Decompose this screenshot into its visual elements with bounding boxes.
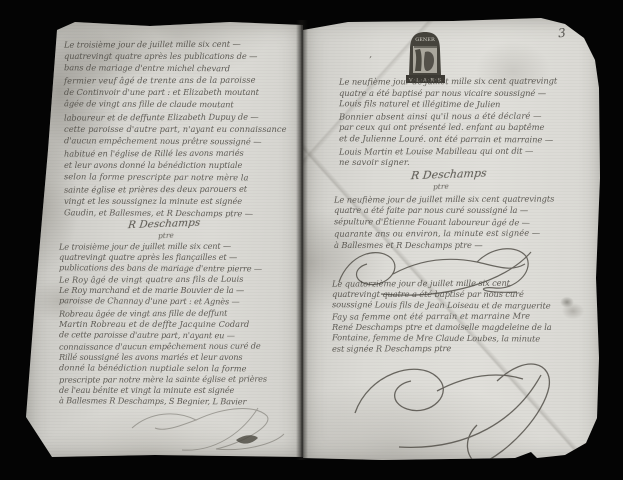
register-entry: Le troisième jour de juillet mille six c… (64, 38, 302, 219)
handwritten-line: Louis Martin et Louise Mabilleau qui ont… (339, 145, 591, 158)
handwritten-line: par ceux qui ont présenté led. enfant au… (339, 122, 591, 134)
ink-mark: ’ (369, 56, 372, 66)
page-fold-shadow (296, 20, 308, 460)
register-entry: Le quatorzième jour de juillet mille six… (332, 278, 588, 354)
register-entry: Le neufième jour de juillet mille six ce… (339, 76, 591, 169)
handwritten-line: Martin Robreau et de deffte Jacquine Cod… (59, 319, 303, 330)
handwritten-line: Rillé soussigné les avons mariés et leur… (59, 352, 303, 363)
handwritten-line: d'aucun empêchement nous prêtre soussign… (64, 134, 302, 148)
signature: R Deschamps (127, 217, 200, 232)
left-page: Le troisième jour de juillet mille six c… (26, 22, 303, 458)
handwritten-line: et leur avons donné la bénédiction nupti… (64, 159, 302, 171)
stamp-arc-text: GENER (415, 37, 435, 43)
handwritten-line: habitué en l'église de Rillé les avons m… (64, 146, 302, 159)
handwritten-line: René Deschamps ptre et damoiselle magdel… (332, 322, 588, 333)
manuscript-scan: { "page_number": "3", "stamp": { "arc_te… (0, 0, 623, 480)
handwritten-line: cette paroisse d'autre part, n'ayant eu … (64, 123, 302, 135)
handwritten-line: prescripte par notre mère la sainte égli… (59, 373, 303, 385)
right-page: GENER V·L·A·R·S Le neufième jour de juil… (303, 18, 603, 462)
handwritten-line: paroisse de Channay d'une part : et Agnè… (59, 296, 303, 309)
handwritten-line: quatre a été faite par nous curé soussig… (334, 205, 588, 216)
handwritten-line: âgée de vingt ans fille de claude moutan… (64, 98, 302, 112)
handwritten-line: et de Julienne Louré. ont été parrain et… (339, 133, 591, 146)
handwritten-line: Robreau âgée de vingt ans fille de deffu… (59, 307, 303, 319)
signature-title: ptre (158, 231, 174, 241)
signature-title: ptre (433, 182, 449, 192)
handwritten-line: Bonnier absent ainsi qu'il nous a été dé… (339, 110, 591, 123)
signature-flourish (124, 400, 309, 458)
handwritten-line: Le troisième jour de juillet mille six c… (64, 37, 302, 50)
handwritten-line: Le neufième jour de juillet mille six ce… (339, 75, 591, 88)
handwritten-line: quatrevingt quatre a été baptisé par nou… (332, 289, 588, 300)
handwritten-line: quatre a été baptisé par nous vicaire so… (339, 88, 591, 100)
signature: R Deschamps (410, 167, 487, 183)
handwritten-line: sainte église et prières des deux paroue… (64, 183, 302, 196)
handwritten-line: Fay sa femme ont été parrain et marraine… (332, 310, 588, 322)
handwritten-line: Le troisième jour de juillet mille six c… (59, 240, 303, 252)
handwritten-line: Le quatorzième jour de juillet mille six… (332, 277, 588, 289)
handwritten-line: Le Roy âgé de vingt quatre ans fils de L… (59, 274, 303, 286)
handwritten-line: Le neufième jour de juillet mille six ce… (334, 193, 588, 206)
handwritten-line: quatrevingt quatre après les publication… (64, 50, 302, 62)
page-number: 3 (557, 26, 566, 41)
handwritten-line: laboureur et de deffunte Elizabeth Dupuy… (64, 110, 302, 123)
handwritten-line: quarante ans ou environ, la minute est s… (334, 228, 588, 241)
handwritten-line: connaissance d'aucun empêchement nous cu… (59, 340, 303, 352)
register-entry: Le troisième jour de juillet mille six c… (59, 241, 303, 407)
handwritten-line: fermier veuf âgé de trente ans de la par… (64, 74, 302, 87)
signature-flourish (325, 351, 563, 469)
handwritten-line: vingt et les soussignez la minute est si… (64, 195, 302, 207)
